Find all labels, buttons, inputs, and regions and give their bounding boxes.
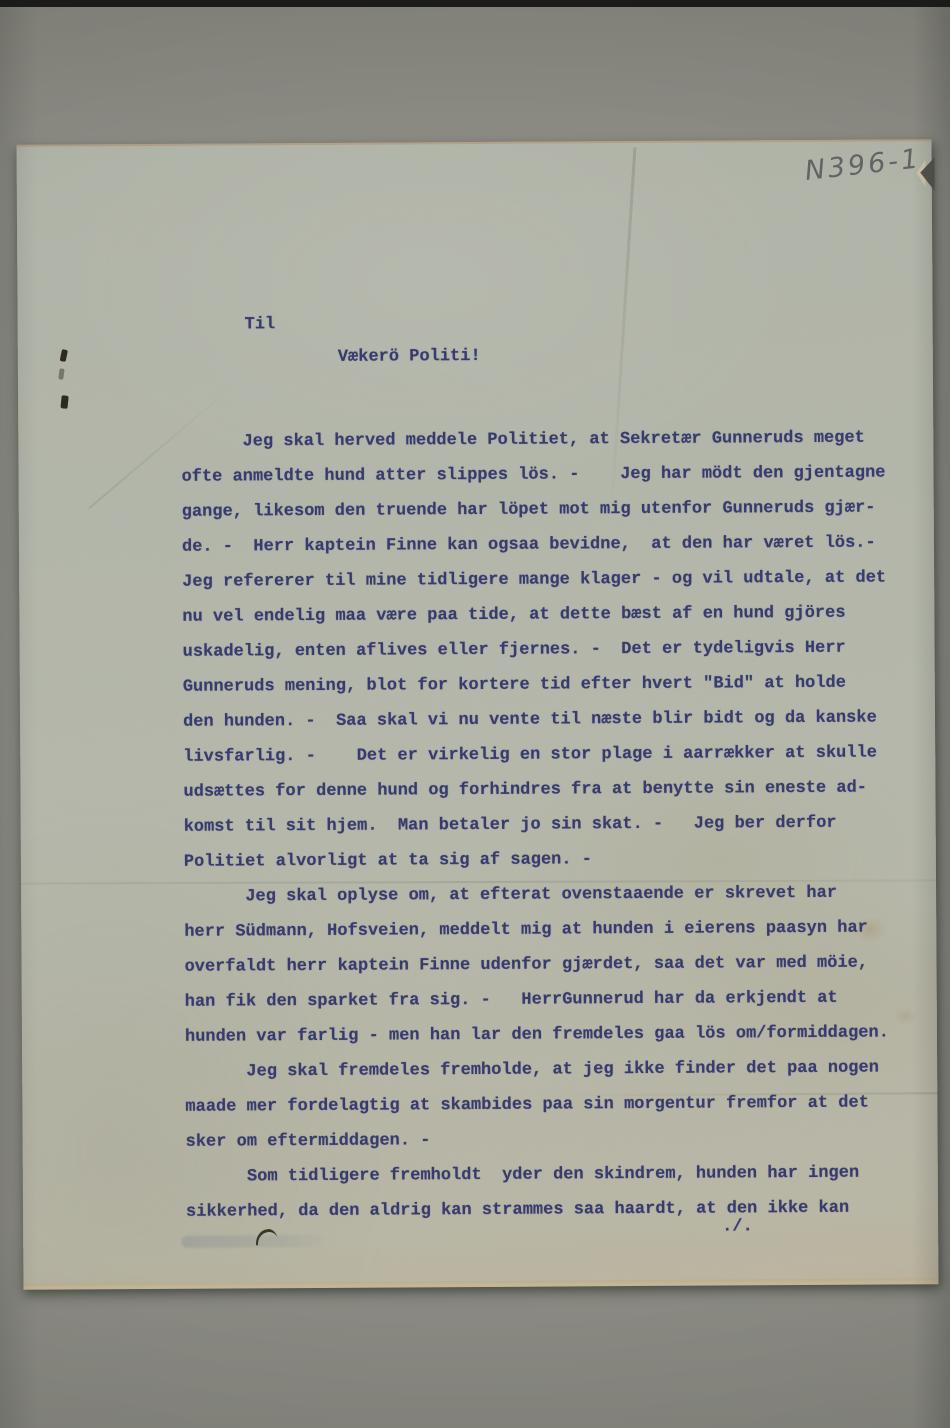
typed-line: komst til sit hjem. Man betaler jo sin s…	[184, 805, 914, 844]
typed-line: Som tidligere fremholdt yder den skindre…	[186, 1155, 916, 1194]
scan-background: N396-1 Til Vækerö Politi! Jeg skal herve…	[0, 0, 950, 1428]
typed-line: ofte anmeldte hund atter slippes lös. - …	[181, 455, 911, 494]
pen-squiggle	[254, 1228, 278, 1245]
typed-line: de. - Herr kaptein Finne kan ogsaa bevid…	[182, 525, 912, 564]
typed-line: sikkerhed, da den aldrig kan strammes sa…	[186, 1190, 916, 1229]
typed-line: Jeg refererer til mine tidligere mange k…	[182, 560, 912, 599]
archival-number-annotation: N396-1	[803, 143, 922, 187]
typed-line: herr Südmann, Hofsveien, meddelt mig at …	[184, 910, 914, 949]
typed-line: Politiet alvorligt at ta sig af sagen. -	[184, 840, 914, 879]
typed-line: Jeg skal herved meddele Politiet, at Sek…	[181, 420, 911, 459]
letter-body: Jeg skal herved meddele Politiet, at Sek…	[181, 420, 916, 1229]
address-to-label: Til	[245, 315, 276, 334]
typed-line: overfaldt herr kaptein Finne udenfor gjæ…	[184, 945, 914, 984]
typed-line: nu vel endelig maa være paa tide, at det…	[182, 595, 912, 634]
typed-line: den hunden. - Saa skal vi nu vente til n…	[183, 700, 913, 739]
typed-line: Jeg skal oplyse om, at efterat ovenstaae…	[184, 875, 914, 914]
typed-line: gange, likesom den truende har löpet mot…	[182, 490, 912, 529]
address-recipient: Vækerö Politi!	[338, 347, 481, 367]
binding-mark	[60, 349, 68, 362]
typed-line: han fik den sparket fra sig. - HerrGunne…	[185, 980, 915, 1019]
typed-line: sker om eftermiddagen. -	[186, 1120, 916, 1159]
typed-line: Jeg skal fremdeles fremholde, at jeg ikk…	[185, 1050, 915, 1089]
typed-line: uskadelig, enten aflives eller fjernes. …	[183, 630, 913, 669]
typed-line: hunden var farlig - men han lar den frem…	[185, 1015, 915, 1054]
binding-mark	[60, 395, 68, 409]
typed-line: maade mer fordelagtig at skambides paa s…	[185, 1085, 915, 1124]
scan-top-edge	[0, 0, 950, 7]
typed-line: Gunneruds mening, blot for kortere tid e…	[183, 665, 913, 704]
binding-mark	[58, 368, 64, 380]
continuation-mark: ./.	[722, 1217, 753, 1236]
typed-line: udsættes for denne hund og forhindres fr…	[183, 770, 913, 809]
typed-line: livsfarlig. - Det er virkelig en stor pl…	[183, 735, 913, 774]
letter-page: N396-1 Til Vækerö Politi! Jeg skal herve…	[17, 139, 939, 1289]
